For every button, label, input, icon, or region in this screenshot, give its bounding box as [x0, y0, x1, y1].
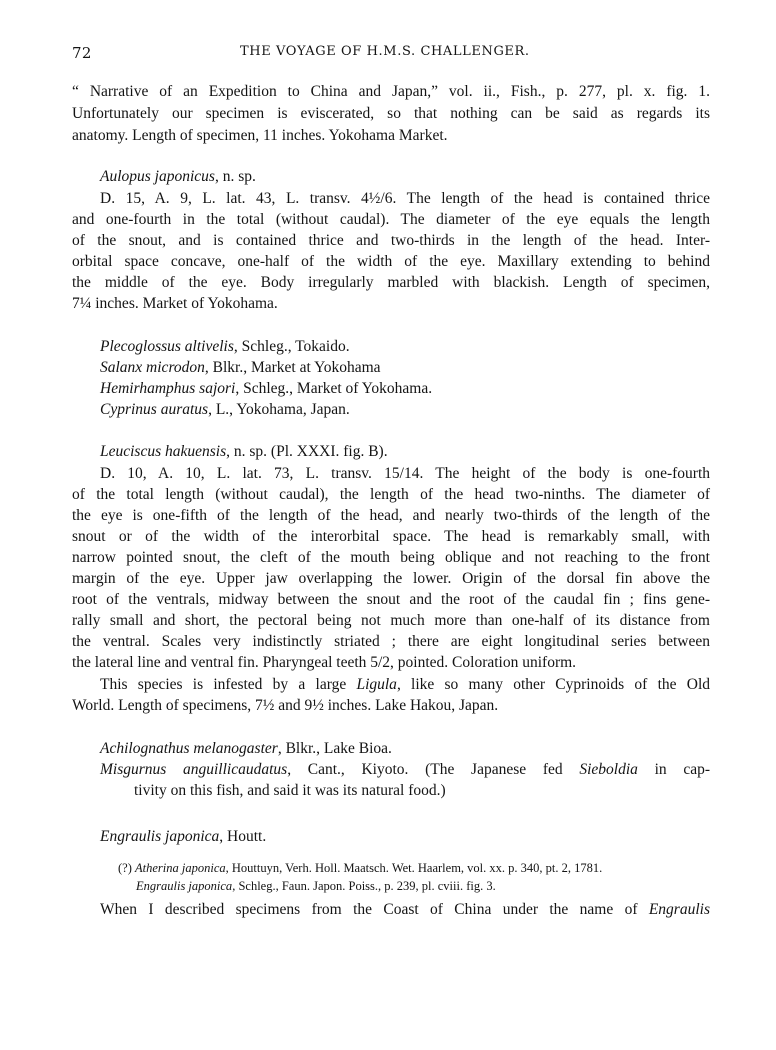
species-name: Sieboldia	[579, 761, 638, 778]
description-line: World. Length of specimens, 7½ and 9½ in…	[72, 696, 710, 716]
species-entry: Salanx microdon, Blkr., Market at Yokoha…	[100, 358, 710, 378]
species-name: Atherina japonica	[135, 861, 226, 875]
species-entry: Achilognathus melanogaster, Blkr., Lake …	[100, 739, 710, 759]
description-line: snout or of the width of the interorbita…	[72, 527, 710, 547]
description-line: 7¼ inches. Market of Yokohama.	[72, 294, 710, 314]
species-entry: Plecoglossus altivelis, Schleg., Tokaido…	[100, 337, 710, 357]
description-line: narrow pointed snout, the cleft of the m…	[72, 548, 710, 568]
intro-line: anatomy. Length of specimen, 11 inches. …	[72, 126, 710, 146]
description-line: the eye is one-fifth of the length of th…	[72, 506, 710, 526]
species-entry: Hemirhamphus sajori, Schleg., Market of …	[100, 379, 710, 399]
species-name: Misgurnus anguillicaudatus	[100, 761, 287, 778]
species-name: Cyprinus auratus	[100, 401, 208, 418]
species-heading-engraulis: Engraulis japonica, Houtt.	[100, 827, 710, 847]
species-name: Engraulis japonica	[100, 828, 219, 845]
book-page: 72 THE VOYAGE OF H.M.S. CHALLENGER. “ Na…	[0, 0, 776, 1050]
intro-line: Unfortunately our specimen is eviscerate…	[72, 104, 710, 124]
intro-line: “ Narrative of an Expedition to China an…	[72, 82, 710, 102]
species-name: Aulopus japonicus	[100, 168, 215, 185]
species-name: Engraulis japonica	[136, 879, 232, 893]
synonym-line: (?) Atherina japonica, Houttuyn, Verh. H…	[118, 858, 756, 878]
species-name: Engraulis	[649, 901, 710, 918]
parasite-name: Ligula	[356, 676, 396, 693]
species-entry: Misgurnus anguillicaudatus, Cant., Kiyot…	[100, 760, 710, 780]
species-name: Plecoglossus altivelis	[100, 338, 234, 355]
description-line: root of the ventrals, midway between the…	[72, 590, 710, 610]
description-line: and one-fourth in the total (without cau…	[72, 210, 710, 230]
description-line: D. 10, A. 10, L. lat. 73, L. transv. 15/…	[100, 464, 710, 484]
description-line: margin of the eye. Upper jaw overlapping…	[72, 569, 710, 589]
description-line: This species is infested by a large Ligu…	[100, 675, 710, 695]
description-line: When I described specimens from the Coas…	[100, 900, 710, 920]
species-heading-leuciscus: Leuciscus hakuensis, n. sp. (Pl. XXXI. f…	[100, 442, 710, 462]
synonym-line: Engraulis japonica, Schleg., Faun. Japon…	[136, 876, 774, 896]
page-header: 72 THE VOYAGE OF H.M.S. CHALLENGER.	[72, 44, 712, 66]
species-name: Leuciscus hakuensis	[100, 443, 226, 460]
page-number: 72	[72, 44, 92, 62]
description-line: the middle of the eye. Body irregularly …	[72, 273, 710, 293]
description-line: D. 15, A. 9, L. lat. 43, L. transv. 4½/6…	[100, 189, 710, 209]
description-line: rally small and short, the pectoral bein…	[72, 611, 710, 631]
species-entry: Cyprinus auratus, L., Yokohama, Japan.	[100, 400, 710, 420]
species-heading-aulopus: Aulopus japonicus, n. sp.	[100, 167, 710, 187]
description-line: the ventral. Scales very indistinctly st…	[72, 632, 710, 652]
species-name: Salanx microdon	[100, 359, 205, 376]
species-name: Achilognathus melanogaster	[100, 740, 278, 757]
running-title: THE VOYAGE OF H.M.S. CHALLENGER.	[240, 44, 530, 59]
description-line: the lateral line and ventral fin. Pharyn…	[72, 653, 710, 673]
species-entry-continuation: tivity on this fish, and said it was its…	[134, 781, 710, 801]
description-line: orbital space concave, one-half of the w…	[72, 252, 710, 272]
description-line: of the snout, and is contained thrice an…	[72, 231, 710, 251]
species-name: Hemirhamphus sajori	[100, 380, 235, 397]
description-line: of the total length (without caudal), th…	[72, 485, 710, 505]
